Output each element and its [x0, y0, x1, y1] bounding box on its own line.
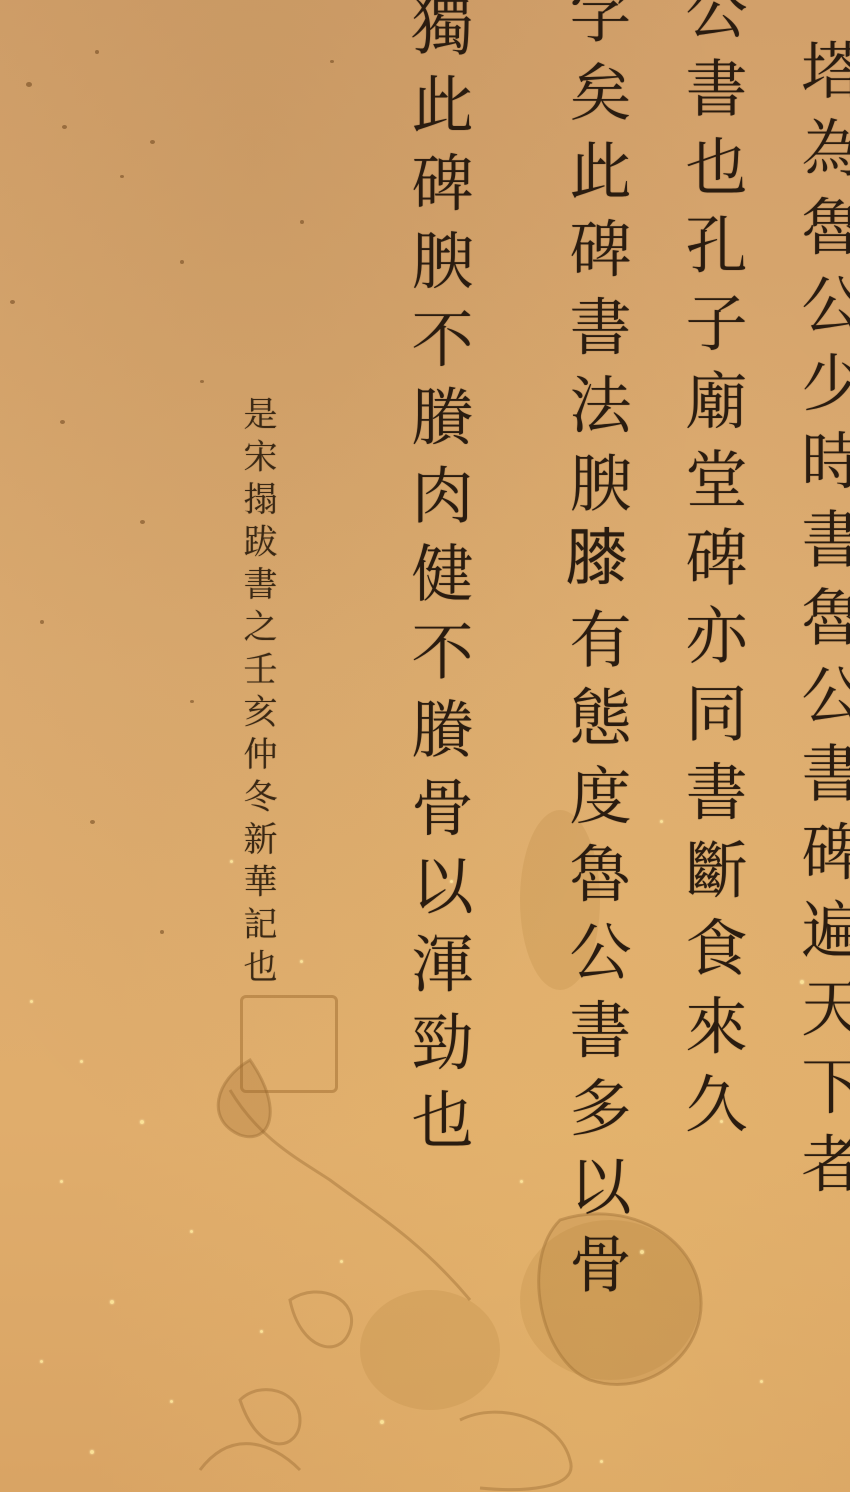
calligraphy-column-2: 公書也孔子廟堂碑亦同書斷食來久 [680, 0, 742, 1150]
calligraphy-column-3: 字矣此碑書法腴𦡀有態度魯公書多以骨 [564, 0, 626, 1310]
calligraphy-column-4: 獨此碑腴不賸肉健不賸骨以渾勁也 [406, 0, 468, 1166]
seal-stamp [240, 995, 338, 1093]
colophon-inscription: 是宋搨跋書之壬亥仲冬新華記也 [240, 396, 274, 991]
calligraphy-column-1: 塔為魯公少時書魯公書碑遍天下者 [796, 38, 850, 1210]
calligraphy-paper: 塔為魯公少時書魯公書碑遍天下者 公書也孔子廟堂碑亦同書斷食來久 字矣此碑書法腴𦡀… [0, 0, 850, 1492]
